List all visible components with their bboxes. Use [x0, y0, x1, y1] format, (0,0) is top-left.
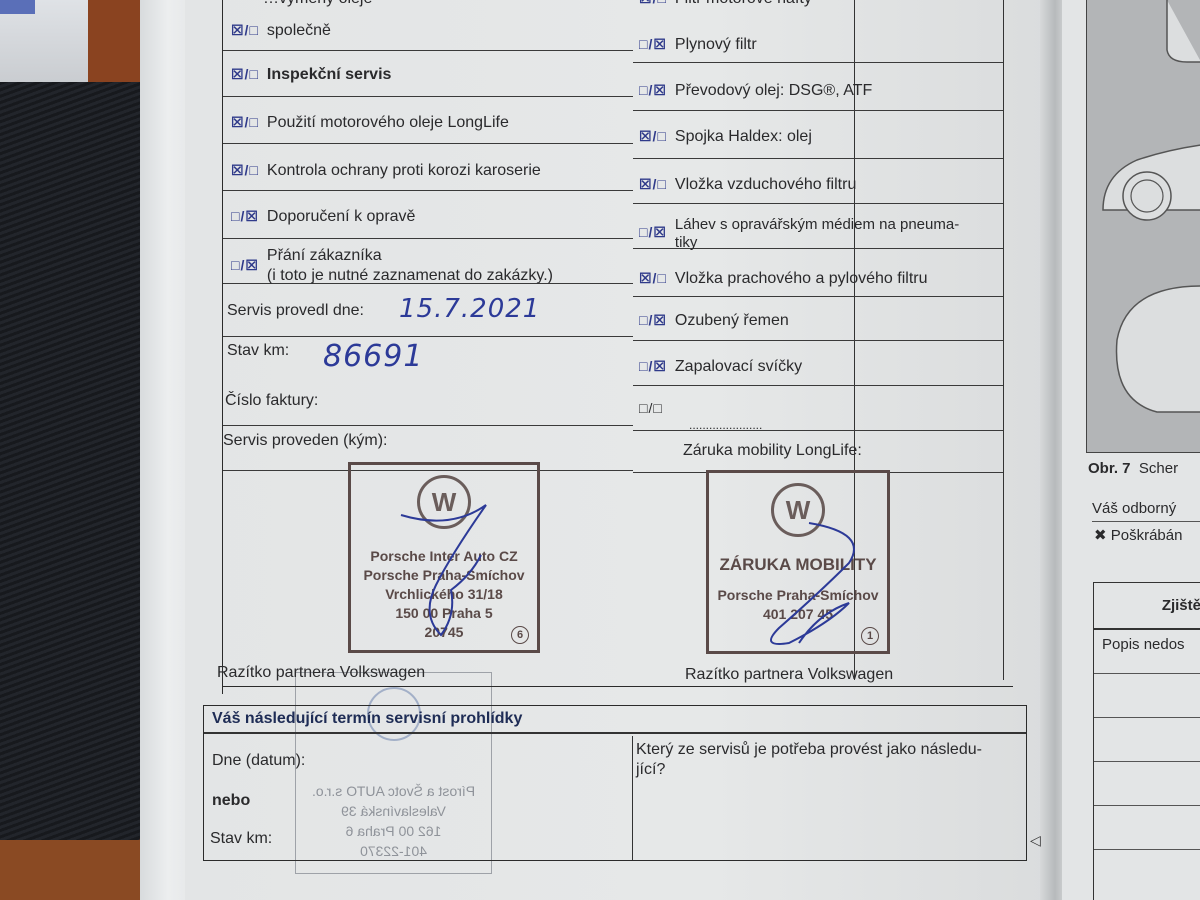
service-date-label: Servis provedl dne:: [227, 302, 364, 320]
car-figure: [1086, 0, 1200, 453]
findings-row: [1094, 762, 1200, 806]
checkbox-unchecked-icon[interactable]: □/☒: [231, 255, 259, 275]
checklist-item[interactable]: □/☒Přání zákazníka(i toto je nutné zazna…: [231, 246, 553, 286]
stamp-number: 6: [511, 626, 529, 644]
checklist-item[interactable]: ☒/□Vložka prachového a pylového filtru: [639, 270, 928, 288]
background-wood: [88, 0, 145, 85]
mobility-stamp: W ZÁRUKA MOBILITY Porsche Praha-Smíchov …: [706, 470, 890, 654]
checklist-item[interactable]: ☒/□Spojka Haldex: olej: [639, 128, 812, 146]
right-text-line: ✖ Poškrábán: [1094, 526, 1182, 544]
checklist-item[interactable]: ☒/□Kontrola ochrany proti korozi karoser…: [231, 162, 541, 180]
checkbox-icon[interactable]: ☒/□: [639, 270, 667, 287]
findings-row: [1094, 674, 1200, 718]
checkbox-icon[interactable]: □/☒: [639, 223, 667, 241]
findings-row: [1094, 806, 1200, 850]
table-right-border: [1003, 0, 1004, 680]
invoice-label: Číslo faktury:: [225, 392, 318, 410]
next-service-fields: Dne (datum): nebo Stav km:: [204, 736, 633, 860]
or-label: nebo: [212, 792, 250, 810]
car-diagram-icon: [1087, 0, 1200, 452]
checkbox-icon[interactable]: □/☒: [639, 312, 667, 329]
divider: [1092, 521, 1200, 522]
background-object: [0, 0, 35, 14]
checkbox-checked-icon[interactable]: ☒/□: [231, 66, 259, 83]
signature-icon: [381, 495, 501, 645]
checklist-item[interactable]: □/☒Doporučení k opravě: [231, 208, 415, 226]
signature-icon: [739, 503, 869, 653]
service-record-table: …výměny oleje ☒/□Filtr motorové nafty ☒/…: [222, 0, 1013, 694]
checklist-item[interactable]: ☒/□Vložka vzduchového filtru: [639, 176, 856, 194]
checklist-item[interactable]: □/☒Převodový olej: DSG®, ATF: [639, 82, 872, 100]
checkbox-icon[interactable]: ☒/□: [639, 128, 667, 145]
figure-caption: Obr. 7 Scher: [1088, 460, 1178, 477]
cross-icon: ✖: [1094, 527, 1107, 544]
km-value[interactable]: 86691: [323, 339, 423, 374]
checklist-item[interactable]: □/☒Ozubený řemen: [639, 312, 789, 330]
right-text-line: Váš odborný: [1092, 500, 1176, 517]
checklist-item[interactable]: □/☒Plynový filtr: [639, 36, 757, 54]
mobility-label: Záruka mobility LongLife:: [683, 442, 862, 460]
checkbox-icon[interactable]: □/☒: [639, 358, 667, 375]
checklist-item[interactable]: ☒/□Použití motorového oleje LongLife: [231, 114, 509, 132]
checkbox-icon[interactable]: □/☒: [639, 36, 667, 53]
checklist-item[interactable]: □/☒Zapalovací svíčky: [639, 358, 802, 376]
checkbox-checked-icon[interactable]: ☒/□: [231, 162, 259, 179]
dealer-stamp: W Porsche Inter Auto CZ Porsche Praha-Sm…: [348, 462, 540, 653]
checklist-item[interactable]: □/☒Láhev s opravářským médiem na pneuma-…: [639, 216, 959, 252]
background-folder: [0, 82, 140, 842]
performed-by-label: Servis proveden (kým):: [223, 432, 388, 450]
checkbox-icon[interactable]: ☒/□: [639, 176, 667, 193]
next-date-label: Dne (datum):: [212, 752, 305, 770]
next-service-section: Váš následující termín servisní prohlídk…: [203, 705, 1027, 861]
findings-table: Zjiště Popis nedos: [1093, 582, 1200, 900]
checklist-item[interactable]: ☒/□společně: [231, 22, 331, 40]
checklist-item[interactable]: ☒/□Inspekční servis: [231, 66, 391, 84]
checkbox-unchecked-icon[interactable]: □/☒: [231, 208, 259, 225]
km-label: Stav km:: [227, 342, 289, 360]
next-km-label: Stav km:: [210, 830, 272, 848]
next-service-title: Váš následující termín servisní prohlídk…: [204, 706, 1026, 734]
checkbox-icon[interactable]: □/☒: [639, 82, 667, 99]
service-date-value[interactable]: 15.7.2021: [399, 294, 540, 324]
checkbox-checked-icon[interactable]: ☒/□: [231, 22, 259, 39]
findings-row: [1094, 718, 1200, 762]
partial-label: ☒/□Filtr motorové nafty: [639, 0, 812, 8]
triangle-left-icon: ◁: [1030, 832, 1041, 849]
checkbox-checked-icon[interactable]: ☒/□: [231, 114, 259, 131]
checkbox-icon[interactable]: □/□: [639, 400, 663, 416]
background-wood-bottom: [0, 840, 145, 900]
findings-header: Zjiště: [1094, 583, 1200, 630]
findings-row: Popis nedos: [1094, 630, 1200, 674]
next-service-question[interactable]: Který ze servisů je potřeba provést jako…: [636, 740, 982, 780]
